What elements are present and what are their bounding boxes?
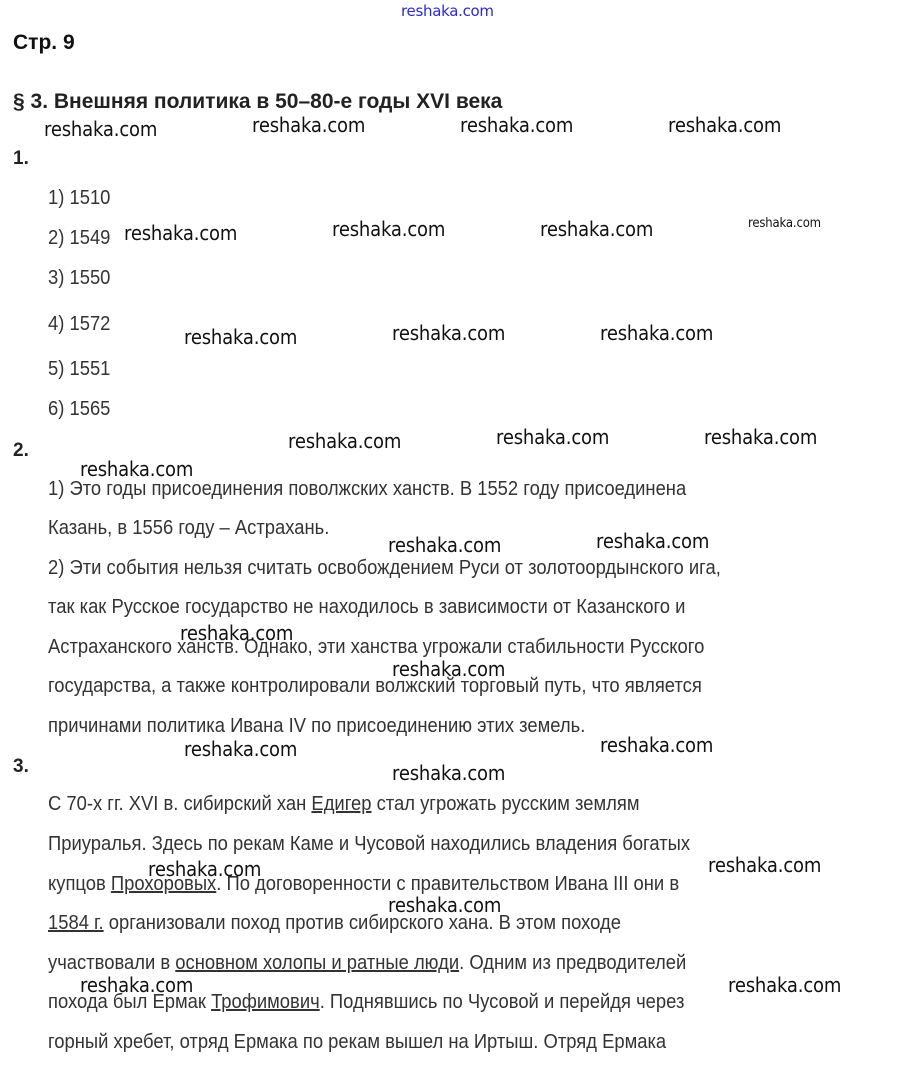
question-number-3: 3.	[13, 756, 29, 778]
section-title: § 3. Внешняя политика в 50–80-е годы XVI…	[13, 90, 502, 114]
answer-item: 1) 1510	[48, 187, 110, 210]
watermark: reshaka.com	[180, 621, 293, 645]
watermark: reshaka.com	[668, 113, 781, 137]
answer-line: государства, а также контролировали волж…	[48, 675, 702, 698]
watermark: reshaka.com	[600, 321, 713, 345]
answer-line: 1584 г. организовали поход против сибирс…	[48, 912, 621, 935]
answer-line: Казань, в 1556 году – Астрахань.	[48, 517, 329, 540]
answer-item: 5) 1551	[48, 358, 110, 381]
answer-line: Приуралья. Здесь по рекам Каме и Чусовой…	[48, 833, 690, 856]
watermark: reshaka.com	[748, 216, 821, 231]
answer-line: участвовали в основном холопы и ратные л…	[48, 952, 686, 975]
watermark: reshaka.com	[392, 657, 505, 681]
watermark: reshaka.com	[460, 113, 573, 137]
watermark: reshaka.com	[728, 973, 841, 997]
page-label: Стр. 9	[13, 31, 75, 55]
underlined-term: 1584 г.	[48, 912, 104, 934]
watermark: reshaka.com	[80, 457, 193, 481]
answer-line: купцов Прохоровых. По договоренности с п…	[48, 873, 679, 896]
answer-item: 4) 1572	[48, 313, 110, 336]
answer-line: так как Русское государство не находилос…	[48, 596, 685, 619]
watermark: reshaka.com	[80, 973, 193, 997]
underlined-term: Едигер	[311, 793, 371, 815]
question-number-1: 1.	[13, 148, 29, 170]
site-watermark-top: reshaka.com	[401, 2, 494, 20]
watermark: reshaka.com	[288, 429, 401, 453]
watermark: reshaka.com	[184, 737, 297, 761]
answer-line: 1) Это годы присоединения поволжских хан…	[48, 478, 686, 501]
watermark: reshaka.com	[540, 217, 653, 241]
watermark: reshaka.com	[496, 425, 609, 449]
watermark: reshaka.com	[596, 529, 709, 553]
watermark: reshaka.com	[332, 217, 445, 241]
watermark: reshaka.com	[148, 857, 261, 881]
watermark: reshaka.com	[708, 853, 821, 877]
answer-item: 2) 1549	[48, 227, 110, 250]
watermark: reshaka.com	[392, 321, 505, 345]
watermark: reshaka.com	[704, 425, 817, 449]
underlined-term: Трофимович	[211, 991, 320, 1013]
question-number-2: 2.	[13, 440, 29, 462]
watermark: reshaka.com	[252, 113, 365, 137]
watermark: reshaka.com	[124, 221, 237, 245]
watermark: reshaka.com	[388, 893, 501, 917]
answer-line: 2) Эти события нельзя считать освобожден…	[48, 557, 721, 580]
underlined-term: основном холопы и ратные люди	[175, 952, 459, 974]
answer-line: горный хребет, отряд Ермака по рекам выш…	[48, 1031, 666, 1054]
answer-line: Астраханского ханств. Однако, эти ханств…	[48, 636, 704, 659]
answer-item: 6) 1565	[48, 398, 110, 421]
answer-line: причинами политика Ивана IV по присоедин…	[48, 715, 585, 738]
watermark: reshaka.com	[392, 761, 505, 785]
watermark: reshaka.com	[44, 117, 157, 141]
answer-item: 3) 1550	[48, 267, 110, 290]
watermark: reshaka.com	[600, 733, 713, 757]
watermark: reshaka.com	[184, 325, 297, 349]
answer-line: С 70-х гг. XVI в. сибирский хан Едигер с…	[48, 793, 640, 816]
watermark: reshaka.com	[388, 533, 501, 557]
